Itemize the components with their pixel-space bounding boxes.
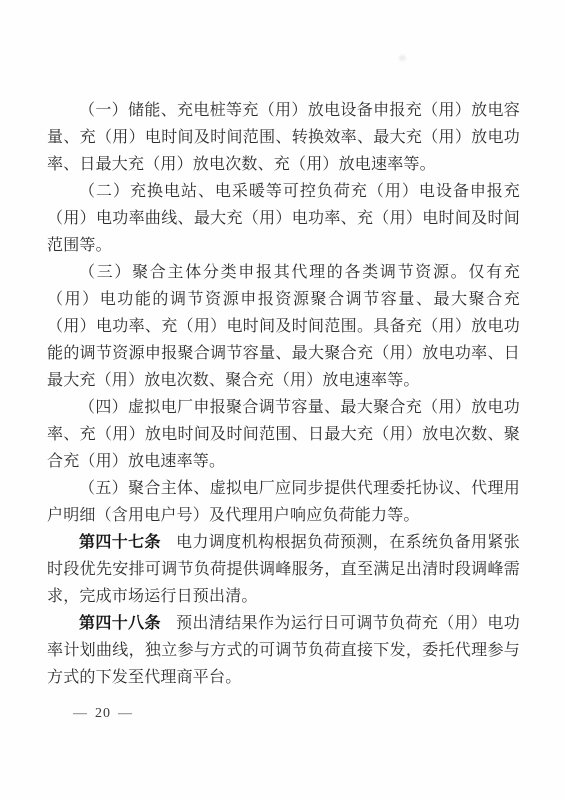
scan-smudge (399, 55, 406, 61)
paragraph-item-3: （三）聚合主体分类申报其代理的各类调节资源。仅有充（用）电功能的调节资源申报资源… (47, 259, 520, 394)
footer-left-dash: — (66, 706, 95, 721)
paragraph-item-4: （四）虚拟电厂申报聚合调节容量、最大聚合充（用）放电功率、充（用）放电时间及时间… (47, 394, 520, 475)
footer-right-dash: — (111, 706, 140, 721)
article-label: 第四十七条 (79, 534, 161, 551)
document-page: （一）储能、充电桩等充（用）放电设备申报充（用）放电容量、充（用）电时间及时间范… (0, 0, 565, 800)
paragraph-text: （五）聚合主体、虚拟电厂应同步提供代理委托协议、代理用户明细（含用电户号）及代理… (47, 480, 520, 524)
paragraph-text: （一）储能、充电桩等充（用）放电设备申报充（用）放电容量、充（用）电时间及时间范… (47, 102, 520, 173)
paragraph-text: （三）聚合主体分类申报其代理的各类调节资源。仅有充（用）电功能的调节资源申报资源… (47, 264, 520, 389)
paragraph-item-1: （一）储能、充电桩等充（用）放电设备申报充（用）放电容量、充（用）电时间及时间范… (47, 97, 520, 178)
paragraph-article-48: 第四十八条预出清结果作为运行日可调节负荷充（用）电功率计划曲线，独立参与方式的可… (47, 610, 520, 691)
paragraph-item-2: （二）充换电站、电采暖等可控负荷充（用）电设备申报充（用）电功率曲线、最大充（用… (47, 178, 520, 259)
article-label: 第四十八条 (79, 615, 161, 632)
page-footer: —20— (66, 706, 140, 722)
paragraph-item-5: （五）聚合主体、虚拟电厂应同步提供代理委托协议、代理用户明细（含用电户号）及代理… (47, 475, 520, 529)
paragraph-article-47: 第四十七条电力调度机构根据负荷预测，在系统负备用紧张时段优先安排可调节负荷提供调… (47, 529, 520, 610)
document-body: （一）储能、充电桩等充（用）放电设备申报充（用）放电容量、充（用）电时间及时间范… (47, 97, 520, 691)
paragraph-text: （二）充换电站、电采暖等可控负荷充（用）电设备申报充（用）电功率曲线、最大充（用… (47, 183, 520, 254)
page-number: 20 (95, 706, 111, 721)
paragraph-text: （四）虚拟电厂申报聚合调节容量、最大聚合充（用）放电功率、充（用）放电时间及时间… (47, 399, 520, 470)
